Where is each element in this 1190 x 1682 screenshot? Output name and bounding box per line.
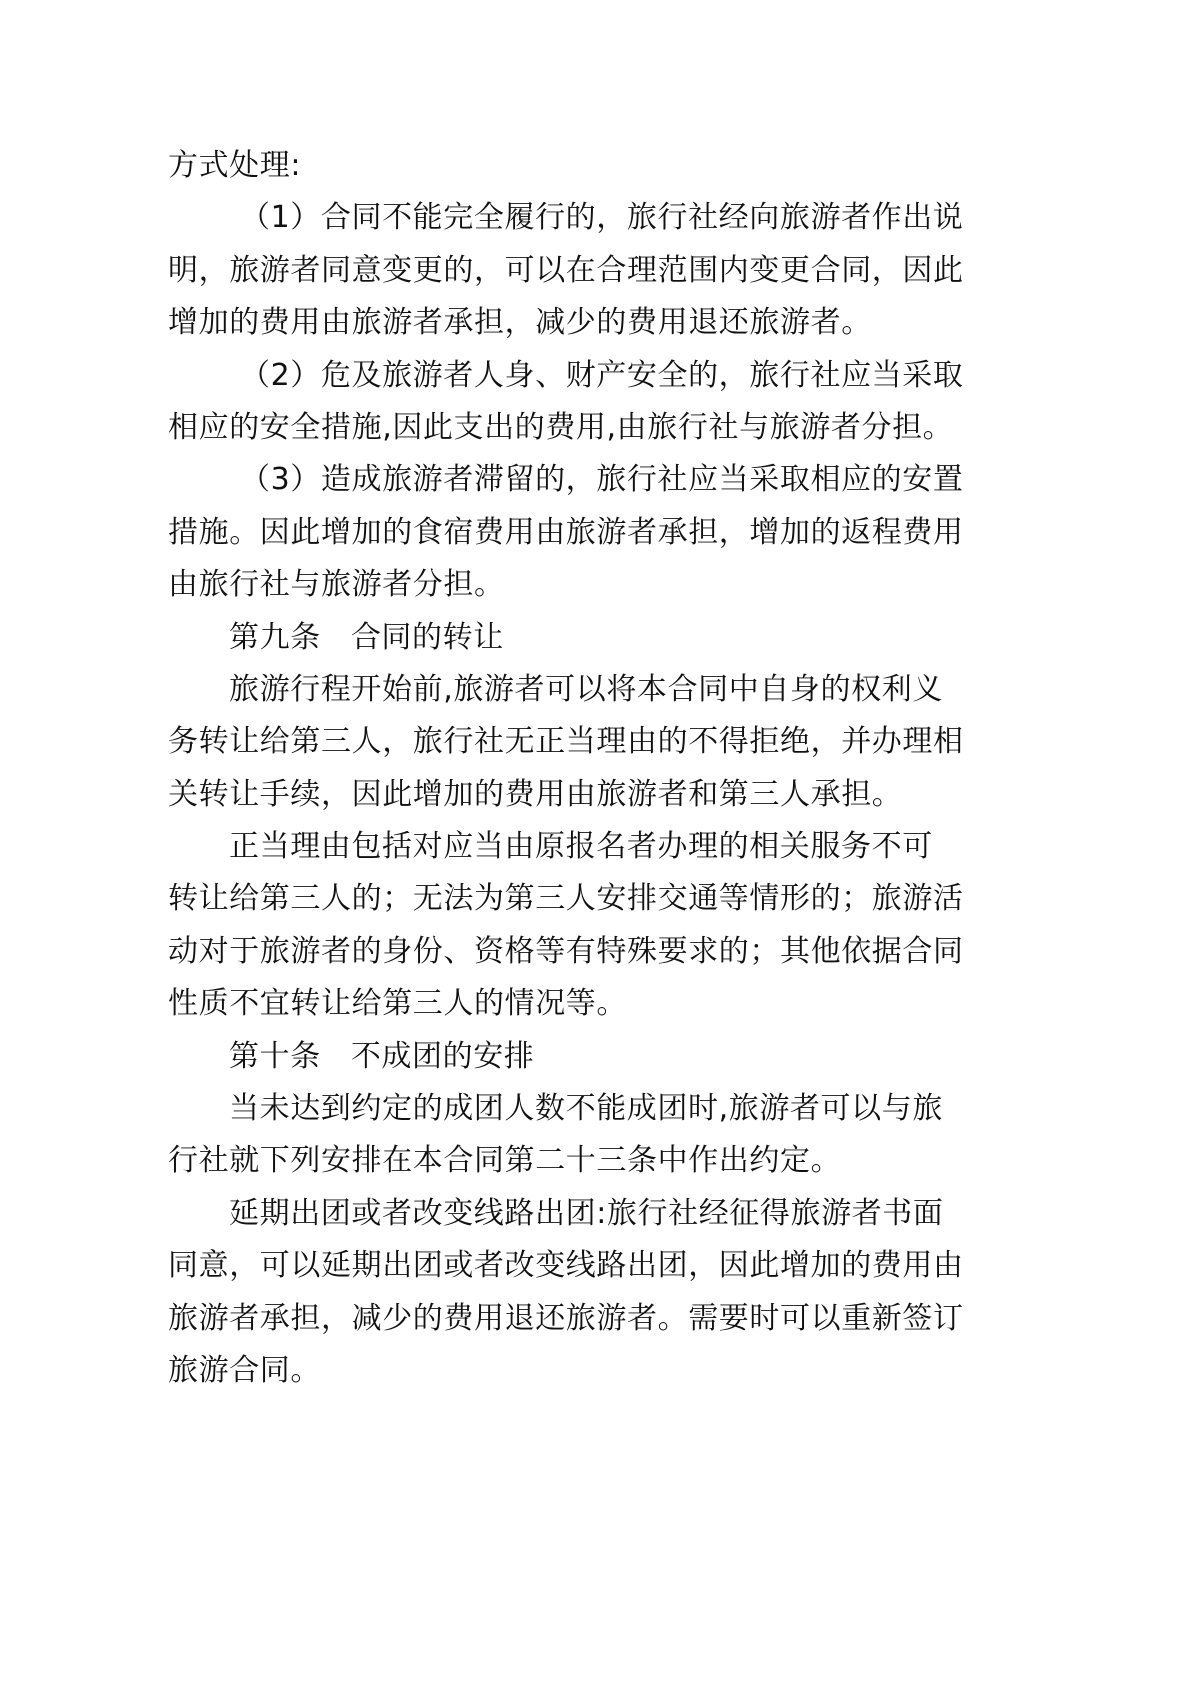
article-9-line: 转让给第三人的；无法为第三人安排交通等情形的；旅游活	[168, 873, 948, 925]
article-title: 不成团的安排	[351, 1039, 535, 1074]
article-9-line: 旅游行程开始前,旅游者可以将本合同中自身的权利义	[168, 664, 948, 716]
article-9-line: 性质不宜转让给第三人的情况等。	[168, 978, 948, 1030]
list-item-1-line: （1）合同不能完全履行的，旅行社经向旅游者作出说	[168, 192, 948, 244]
list-item-1-line: 明，旅游者同意变更的，可以在合理范围内变更合同，因此	[168, 245, 948, 297]
article-title: 合同的转让	[351, 620, 504, 655]
article-10-line: 当未达到约定的成团人数不能成团时,旅游者可以与旅	[168, 1083, 948, 1135]
document-body: 方式处理: （1）合同不能完全履行的，旅行社经向旅游者作出说 明，旅游者同意变更…	[168, 140, 948, 1397]
article-10-line: 延期出团或者改变线路出团:旅行社经征得旅游者书面	[168, 1188, 948, 1240]
document-page: 方式处理: （1）合同不能完全履行的，旅行社经向旅游者作出说 明，旅游者同意变更…	[0, 0, 1190, 1682]
list-item-3-line: （3）造成旅游者滞留的，旅行社应当采取相应的安置	[168, 454, 948, 506]
list-item-3-line: 由旅行社与旅游者分担。	[168, 559, 948, 611]
article-10-line: 同意，可以延期出团或者改变线路出团，因此增加的费用由	[168, 1240, 948, 1292]
article-number: 第九条	[229, 620, 321, 655]
list-item-2-line: 相应的安全措施,因此支出的费用,由旅行社与旅游者分担。	[168, 402, 948, 454]
article-10-line: 行社就下列安排在本合同第二十三条中作出约定。	[168, 1135, 948, 1187]
article-9-line: 务转让给第三人，旅行社无正当理由的不得拒绝，并办理相	[168, 716, 948, 768]
article-9-line: 动对于旅游者的身份、资格等有特殊要求的；其他依据合同	[168, 926, 948, 978]
article-10-line: 旅游合同。	[168, 1345, 948, 1397]
list-item-2-line: （2）危及旅游者人身、财产安全的，旅行社应当采取	[168, 350, 948, 402]
article-10-heading: 第十条不成团的安排	[168, 1031, 948, 1083]
article-9-heading: 第九条合同的转让	[168, 612, 948, 664]
list-item-3-line: 措施。因此增加的食宿费用由旅游者承担，增加的返程费用	[168, 507, 948, 559]
paragraph-line: 方式处理:	[168, 140, 948, 192]
article-10-line: 旅游者承担，减少的费用退还旅游者。需要时可以重新签订	[168, 1293, 948, 1345]
list-item-1-line: 增加的费用由旅游者承担，减少的费用退还旅游者。	[168, 297, 948, 349]
article-9-line: 关转让手续，因此增加的费用由旅游者和第三人承担。	[168, 769, 948, 821]
article-number: 第十条	[229, 1039, 321, 1074]
article-9-line: 正当理由包括对应当由原报名者办理的相关服务不可	[168, 821, 948, 873]
